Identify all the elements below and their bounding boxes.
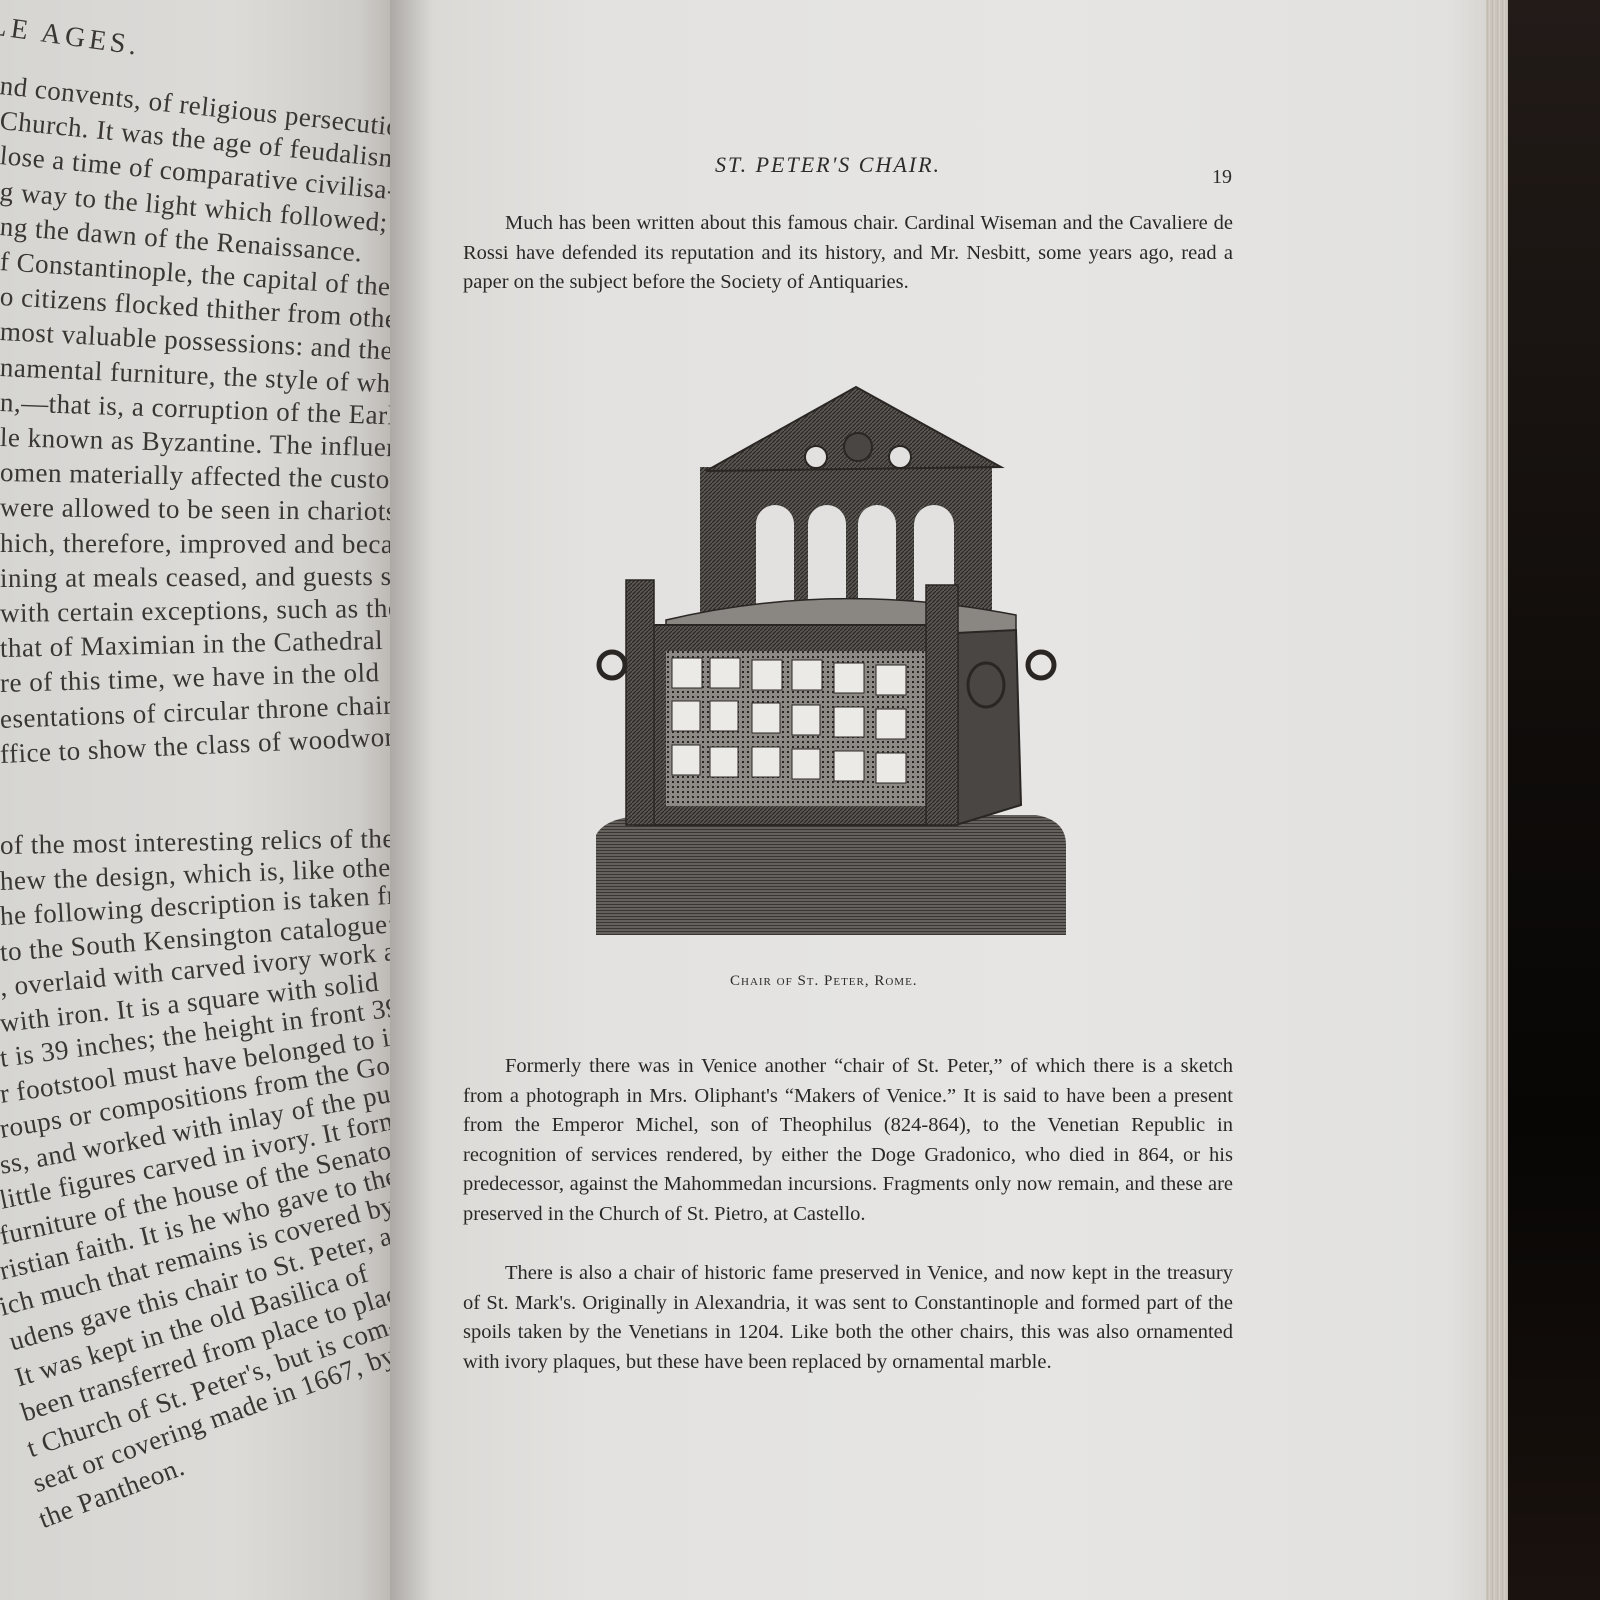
left-page-line: hich, therefore, improved and became xyxy=(0,528,390,560)
left-page-text: nd convents, of religious persecutionsCh… xyxy=(0,0,390,1600)
page-number: 19 xyxy=(1212,166,1232,189)
chair-illustration-icon xyxy=(596,375,1066,950)
running-head: ST. PETER'S CHAIR. xyxy=(715,152,941,178)
figure-caption: Chair of St. Peter, Rome. xyxy=(730,973,918,990)
dark-background xyxy=(1500,0,1600,1600)
left-page-line: with certain exceptions, such as the xyxy=(0,593,390,629)
book-spread-photo: LE AGES. nd convents, of religious perse… xyxy=(0,0,1600,1600)
paragraph-intro: Much has been written about this famous … xyxy=(463,209,1233,298)
chair-engraving-figure xyxy=(596,375,1066,950)
left-page-line: were allowed to be seen in chariots xyxy=(0,492,390,527)
page-edges xyxy=(1486,0,1508,1600)
left-page: LE AGES. nd convents, of religious perse… xyxy=(0,0,390,1600)
paragraph-venice-chair: Formerly there was in Venice another “ch… xyxy=(463,1052,1233,1229)
paragraph-st-marks-chair: There is also a chair of historic fame p… xyxy=(463,1259,1233,1377)
left-page-line: ining at meals ceased, and guests sat xyxy=(0,561,390,594)
left-page-line: omen materially affected the customs xyxy=(0,457,390,496)
